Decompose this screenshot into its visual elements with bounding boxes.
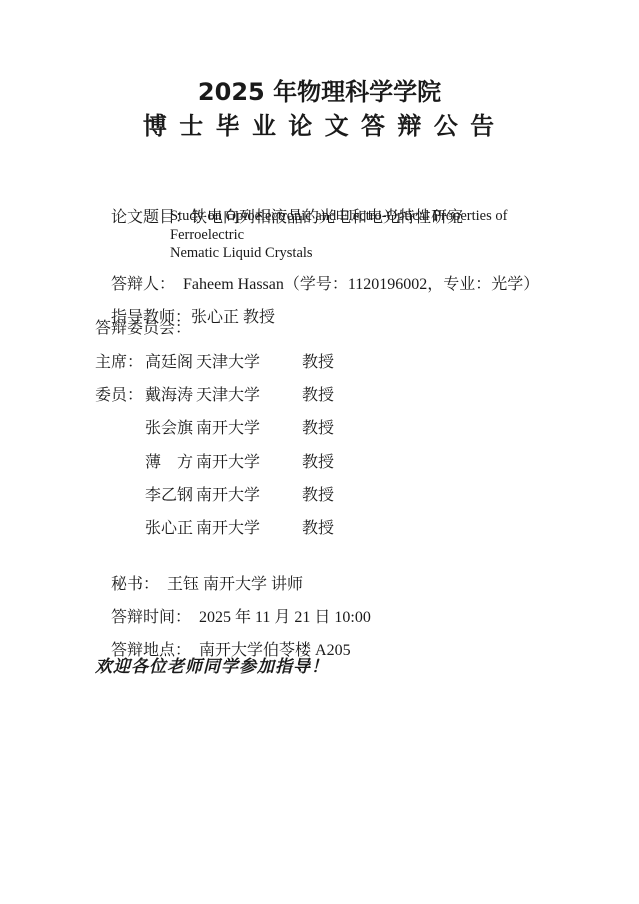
committee-role: 主席： bbox=[95, 352, 145, 374]
committee-member-name: 李乙钢 bbox=[145, 485, 196, 507]
committee-member-title: 教授 bbox=[302, 385, 334, 407]
committee-role: 委员： bbox=[95, 385, 145, 407]
committee-member-title: 教授 bbox=[302, 452, 334, 474]
committee-role bbox=[95, 518, 145, 540]
committee-row: 主席： 高廷阁 天津大学 教授 bbox=[95, 352, 334, 374]
committee-member-affiliation: 南开大学 bbox=[196, 418, 302, 440]
committee-member-name: 高廷阁 bbox=[145, 352, 196, 374]
thesis-title-english-line1: Study on Optoelectronic and Electro-Opti… bbox=[170, 207, 560, 244]
committee-member-title: 教授 bbox=[302, 485, 334, 507]
committee-role bbox=[95, 485, 145, 507]
committee-member-affiliation: 天津大学 bbox=[196, 352, 302, 374]
committee-member-name: 戴海涛 bbox=[145, 385, 196, 407]
committee-member-affiliation: 天津大学 bbox=[196, 385, 302, 407]
document-title-year-school: 2025 年物理科学学院 bbox=[0, 78, 639, 106]
committee-member-name: 张心正 bbox=[145, 518, 196, 540]
committee-member-affiliation: 南开大学 bbox=[196, 452, 302, 474]
committee-row: 张心正 南开大学 教授 bbox=[95, 518, 334, 540]
committee-role bbox=[95, 452, 145, 474]
committee-row: 张会旗 南开大学 教授 bbox=[95, 418, 334, 440]
announcement-document: 2025 年物理科学学院 博 士 毕 业 论 文 答 辩 公 告 论文题目：铁电… bbox=[0, 0, 639, 904]
committee-member-affiliation: 南开大学 bbox=[196, 518, 302, 540]
committee-row: 委员： 戴海涛 天津大学 教授 bbox=[95, 385, 334, 407]
committee-heading: 答辩委员会： bbox=[95, 318, 191, 340]
committee-member-affiliation: 南开大学 bbox=[196, 485, 302, 507]
committee-row: 李乙钢 南开大学 教授 bbox=[95, 485, 334, 507]
advisor-value: 张心正 教授 bbox=[191, 309, 275, 326]
committee-row: 薄 方 南开大学 教授 bbox=[95, 452, 334, 474]
document-title-defense-announcement: 博 士 毕 业 论 文 答 辩 公 告 bbox=[0, 112, 639, 140]
committee-role bbox=[95, 418, 145, 440]
committee-member-name: 张会旗 bbox=[145, 418, 196, 440]
committee-member-title: 教授 bbox=[302, 418, 334, 440]
committee-member-title: 教授 bbox=[302, 352, 334, 374]
committee-member-title: 教授 bbox=[302, 518, 334, 540]
closing-welcome-line: 欢迎各位老师同学参加指导！ bbox=[95, 652, 329, 677]
committee-member-name: 薄 方 bbox=[145, 452, 196, 474]
